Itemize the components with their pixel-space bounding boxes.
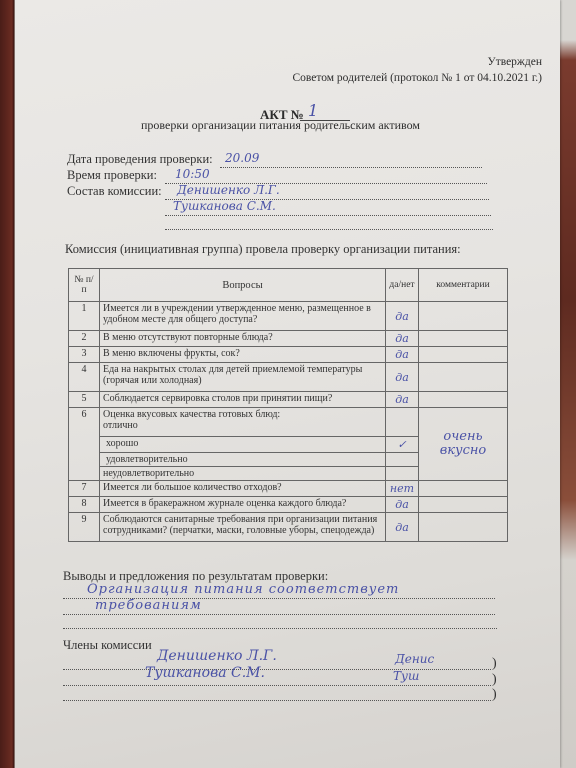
time-value: 10:50 <box>175 167 210 181</box>
member-paren-3: ) <box>492 687 497 703</box>
taste-option-satisfactory: удовлетворительно <box>100 453 386 467</box>
members-label: Члены комиссии <box>63 638 152 653</box>
table-row: 6 Оценка вкусовых качества готовых блюд:… <box>69 408 508 437</box>
date-value: 20.09 <box>225 151 259 165</box>
intro-text: Комиссия (инициативная группа) провела п… <box>65 242 461 257</box>
header-num: № п/п <box>69 269 100 302</box>
member-name-2: Тушканова С.М. <box>145 665 265 681</box>
row-comment <box>419 331 508 347</box>
row-num: 1 <box>69 302 100 331</box>
table-row: 1 Имеется ли в учреждении утвержденное м… <box>69 302 508 331</box>
table-row: 9 Соблюдаются санитарные требования при … <box>69 513 508 542</box>
member-paren-1: ) <box>492 656 497 672</box>
row-answer: да <box>386 363 419 392</box>
table-row: 2 В меню отсутствуют повторные блюда? да <box>69 331 508 347</box>
conclusions-dotted-line-3 <box>63 628 497 629</box>
taste-mark-excellent <box>386 408 419 437</box>
row-num: 5 <box>69 392 100 408</box>
row-comment <box>419 363 508 392</box>
row-answer: да <box>386 302 419 331</box>
row-question: В меню отсутствуют повторные блюда? <box>100 331 386 347</box>
date-label: Дата проведения проверки: <box>67 152 213 167</box>
row-num: 8 <box>69 497 100 513</box>
row-question: Соблюдается сервировка столов при принят… <box>100 392 386 408</box>
table-row: 8 Имеется в бракеражном журнале оценка к… <box>69 497 508 513</box>
row-num: 3 <box>69 347 100 363</box>
table-row: 7 Имеется ли большое количество отходов?… <box>69 481 508 497</box>
row-question: Соблюдаются санитарные требования при ор… <box>100 513 386 542</box>
row-comment <box>419 513 508 542</box>
taste-question: Оценка вкусовых качества готовых блюд: <box>103 409 382 420</box>
member-paren-2: ) <box>492 672 497 688</box>
commission-dotted-line-2 <box>165 215 491 216</box>
approval-line-2: Советом родителей (протокол № 1 от 04.10… <box>292 72 542 84</box>
row-question: Еда на накрытых столах для детей приемле… <box>100 363 386 392</box>
date-dotted-line <box>220 167 482 168</box>
member-dotted-line-3 <box>63 700 491 701</box>
commission-member-1: Денишенко Л.Г. <box>177 183 280 197</box>
header-comments: комментарии <box>419 269 508 302</box>
row-comment <box>419 392 508 408</box>
row-num: 6 <box>69 408 100 481</box>
row-num: 2 <box>69 331 100 347</box>
member-name-1: Денишенко Л.Г. <box>157 648 277 664</box>
time-label: Время проверки: <box>67 168 157 183</box>
row-question: Оценка вкусовых качества готовых блюд: о… <box>100 408 386 437</box>
row-question: В меню включены фрукты, сок? <box>100 347 386 363</box>
member-signature-1: Денис <box>395 652 434 666</box>
conclusions-text-1: Организация питания соответствует <box>87 582 399 597</box>
row-answer: нет <box>386 481 419 497</box>
row-answer: да <box>386 392 419 408</box>
questions-table: № п/п Вопросы да/нет комментарии 1 Имеет… <box>68 268 508 542</box>
row-answer: да <box>386 347 419 363</box>
row-comment <box>419 497 508 513</box>
row-comment: очень вкусно <box>419 408 508 481</box>
row-question: Имеется в бракеражном журнале оценка каж… <box>100 497 386 513</box>
row-num: 7 <box>69 481 100 497</box>
header-question: Вопросы <box>100 269 386 302</box>
row-question: Имеется ли в учреждении утвержденное мен… <box>100 302 386 331</box>
taste-mark-unsatisfactory <box>386 467 419 481</box>
row-answer: да <box>386 331 419 347</box>
conclusions-text-2: требованиям <box>95 598 202 613</box>
taste-option-good: хорошо <box>100 437 386 453</box>
conclusions-dotted-line-2 <box>63 614 495 615</box>
header-yes-no: да/нет <box>386 269 419 302</box>
taste-mark-good: ✓ <box>386 437 419 453</box>
row-comment <box>419 481 508 497</box>
commission-label: Состав комиссии: <box>67 184 162 199</box>
taste-option-unsatisfactory: неудовлетворительно <box>100 467 386 481</box>
row-num: 9 <box>69 513 100 542</box>
member-signature-2: Туш <box>393 669 419 683</box>
document-page: Утвержден Советом родителей (протокол № … <box>15 0 560 768</box>
row-answer: да <box>386 513 419 542</box>
row-num: 4 <box>69 363 100 392</box>
table-row: 5 Соблюдается сервировка столов при прин… <box>69 392 508 408</box>
act-subtitle: проверки организации питания родительски… <box>141 118 420 133</box>
approval-line-1: Утвержден <box>488 56 542 68</box>
row-comment <box>419 347 508 363</box>
taste-option-excellent: отлично <box>103 420 382 431</box>
row-answer: да <box>386 497 419 513</box>
taste-mark-satisfactory <box>386 453 419 467</box>
row-comment <box>419 302 508 331</box>
member-dotted-line-1 <box>63 669 491 670</box>
table-header-row: № п/п Вопросы да/нет комментарии <box>69 269 508 302</box>
member-dotted-line-2 <box>63 685 491 686</box>
table-row: 3 В меню включены фрукты, сок? да <box>69 347 508 363</box>
commission-dotted-line-3 <box>165 229 493 230</box>
table-row: 4 Еда на накрытых столах для детей прием… <box>69 363 508 392</box>
commission-member-2: Тушканова С.М. <box>173 199 276 213</box>
row-question: Имеется ли большое количество отходов? <box>100 481 386 497</box>
